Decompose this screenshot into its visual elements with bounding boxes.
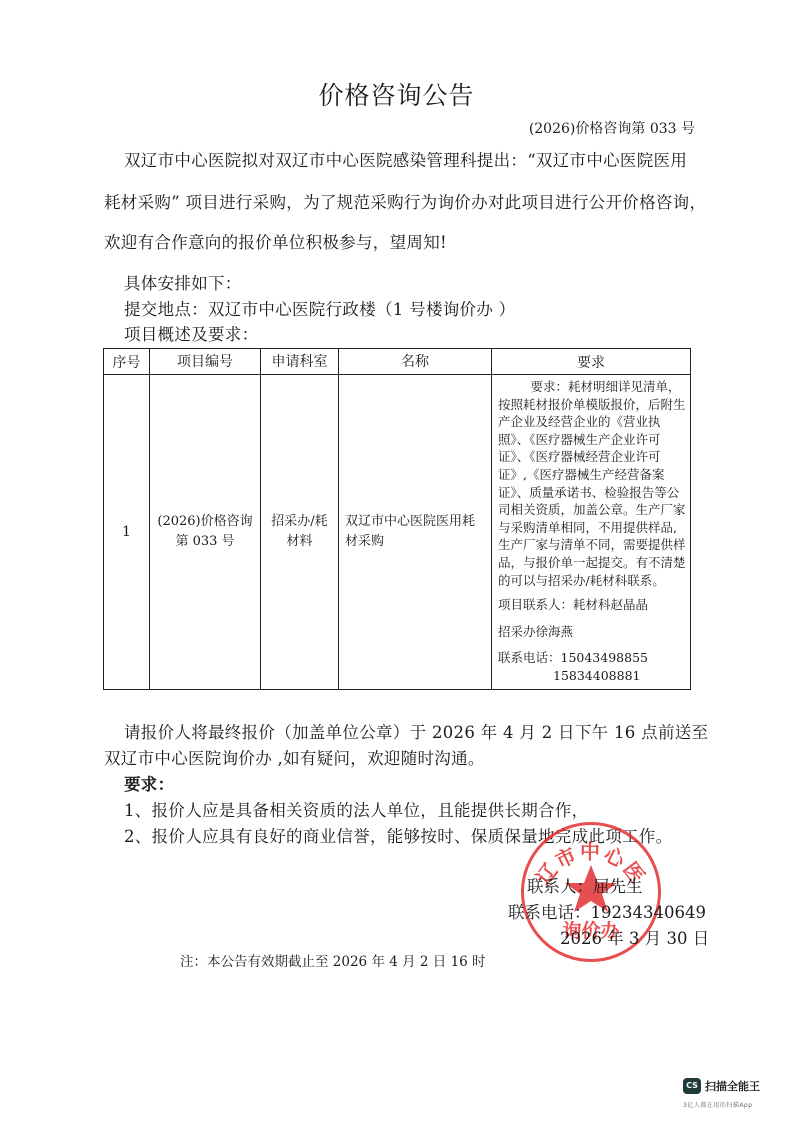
requirements-heading: 要求：: [124, 771, 174, 795]
contact-phone: 联系电话：15043498855: [498, 649, 686, 667]
cell-name: 双辽市中心医院医用耗 材采购: [339, 375, 492, 690]
header-project-no: 项目编号: [150, 349, 261, 375]
intro-line-1: 双辽市中心医院拟对双辽市中心医院感染管理科提出：“双辽市中心医院医用: [124, 147, 687, 171]
overview-heading: 项目概述及要求：: [124, 321, 258, 345]
header-name: 名称: [339, 349, 492, 375]
requirement-item-1: 1、报价人应是具备相关资质的法人单位，且能提供长期合作，: [124, 797, 588, 821]
requirement-text: 要求：耗材明细详见清单，按照耗材报价单模版报价，后附生产企业及经营企业的《营业执…: [498, 378, 686, 589]
signature-date: 2026 年 3 月 30 日: [560, 925, 709, 949]
dept-line-1: 招采办/耗: [261, 512, 338, 532]
requirement-contact: 项目联系人：耗材科赵晶晶 招采办徐海燕 联系电话：15043498855 158…: [498, 596, 686, 684]
project-no-line-1: (2026)价格咨询: [150, 512, 260, 532]
header-requirement: 要求: [492, 349, 691, 375]
closing-line-1: 请报价人将最终报价（加盖单位公章）于 2026 年 4 月 2 日下午 16 点…: [124, 719, 708, 743]
document-number: (2026)价格咨询第 033 号: [529, 118, 695, 138]
watermark-brand: 扫描全能王: [705, 1078, 760, 1094]
submission-location: 提交地点：双辽市中心医院行政楼（1 号楼询价办 ）: [124, 296, 516, 320]
project-table: 序号 项目编号 申请科室 名称 要求 1 (2026)价格咨询 第 033 号 …: [103, 348, 691, 690]
validity-note: 注：本公告有效期截止至 2026 年 4 月 2 日 16 时: [180, 950, 486, 970]
camscanner-logo-icon: CS: [683, 1078, 701, 1094]
project-contact-second: 招采办徐海燕: [498, 623, 686, 641]
signature-contact-phone: 联系电话：19234340649: [508, 899, 706, 923]
requirement-item-2: 2、报价人应具有良好的商业信誉，能够按时、保质保量地完成此项工作。: [124, 823, 672, 847]
cell-project-no: (2026)价格咨询 第 033 号: [150, 375, 261, 690]
cell-dept: 招采办/耗 材料: [261, 375, 339, 690]
cell-seq: 1: [104, 375, 150, 690]
name-line-2: 材采购: [345, 532, 491, 552]
arrangement-heading: 具体安排如下：: [124, 270, 242, 294]
intro-line-2: 耗材采购” 项目进行采购，为了规范采购行为询价办对此项目进行公开价格咨询，: [104, 189, 706, 213]
watermark-tagline: 3亿人都在用的扫描App: [683, 1100, 753, 1109]
scanner-watermark: CS 扫描全能王 3亿人都在用的扫描App: [683, 1078, 787, 1114]
table-header-row: 序号 项目编号 申请科室 名称 要求: [104, 349, 691, 375]
contact-phone-second: 15834408881: [498, 667, 686, 685]
project-contact: 项目联系人：耗材科赵晶晶: [498, 596, 686, 614]
table-row: 1 (2026)价格咨询 第 033 号 招采办/耗 材料 双辽市中心医院医用耗…: [104, 375, 691, 690]
closing-line-2: 双辽市中心医院询价办 ,如有疑问，欢迎随时沟通。: [104, 745, 485, 769]
signature-contact-person: 联系人：屈先生: [527, 873, 643, 897]
header-dept: 申请科室: [261, 349, 339, 375]
document-title: 价格咨询公告: [0, 76, 793, 112]
project-no-line-2: 第 033 号: [150, 532, 260, 552]
intro-line-3: 欢迎有合作意向的报价单位积极参与，望周知!: [104, 229, 447, 253]
dept-line-2: 材料: [261, 532, 338, 552]
cell-requirement: 要求：耗材明细详见清单，按照耗材报价单模版报价，后附生产企业及经营企业的《营业执…: [492, 375, 691, 690]
header-seq: 序号: [104, 349, 150, 375]
name-line-1: 双辽市中心医院医用耗: [345, 512, 491, 532]
